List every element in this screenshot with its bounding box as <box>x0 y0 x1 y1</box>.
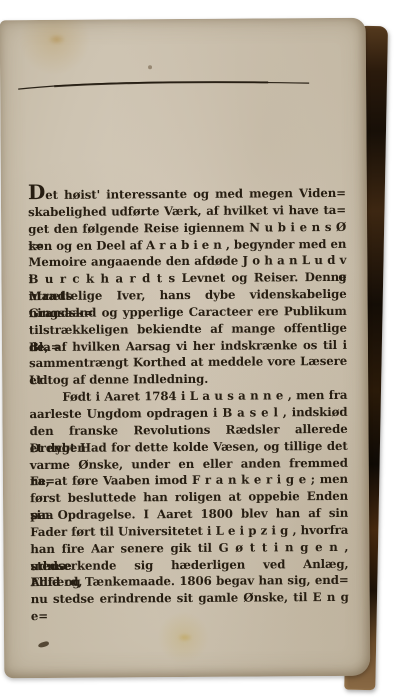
text-line: Fader ført til Universitetet i L e i p z… <box>30 522 348 541</box>
paragraph: Født i Aaret 1784 i L a u s a n n e , me… <box>29 387 349 608</box>
ink-speck <box>148 65 152 69</box>
book-photo: Det høist' interessante og med megen Vid… <box>0 0 400 700</box>
ink-speck <box>38 641 50 649</box>
book-page: Det høist' interessante og med megen Vid… <box>0 18 370 679</box>
text-line: tilstrækkeligen bekiendte af mange offen… <box>29 320 347 339</box>
text-line: sin Opdragelse. I Aaret 1800 blev han af… <box>30 505 348 524</box>
initial-capital: D <box>28 180 46 204</box>
paragraph: Det høist' interessante og med megen Vid… <box>28 185 347 389</box>
text-line: skabelighed udførte Værk, af hvilket vi … <box>28 202 346 221</box>
paper-stain <box>48 34 66 45</box>
text-line: nu stedse erindrende sit gamle Ønske, ti… <box>31 589 349 608</box>
text-line-rest: et høist' interessante og med megen Vide… <box>45 186 346 202</box>
text-line: han fire Aar senere gik til G ø t t i n … <box>30 539 348 558</box>
text-block: Det høist' interessante og med megen Vid… <box>28 185 349 608</box>
text-line: sammentrængt Korthed at meddele vore Læs… <box>29 353 347 372</box>
text-line: ningsaand og ypperlige Caracteer ere Pub… <box>29 303 347 322</box>
text-line: utrættelige Iver, hans dybe videnskabeli… <box>29 286 347 305</box>
text-line: et dybt Had for dette kolde Væsen, og ti… <box>30 438 348 457</box>
text-line: den franske Revolutions Rædsler allerede… <box>30 421 348 440</box>
text-line: get den følgende Reise igiennem N u b i … <box>28 219 346 238</box>
text-line: aarleste Ungdom opdragen i B a s e l , i… <box>29 404 347 423</box>
header-rule <box>16 76 312 94</box>
paper-stain <box>177 633 193 642</box>
text-line: Det høist' interessante og med megen Vid… <box>28 185 346 204</box>
